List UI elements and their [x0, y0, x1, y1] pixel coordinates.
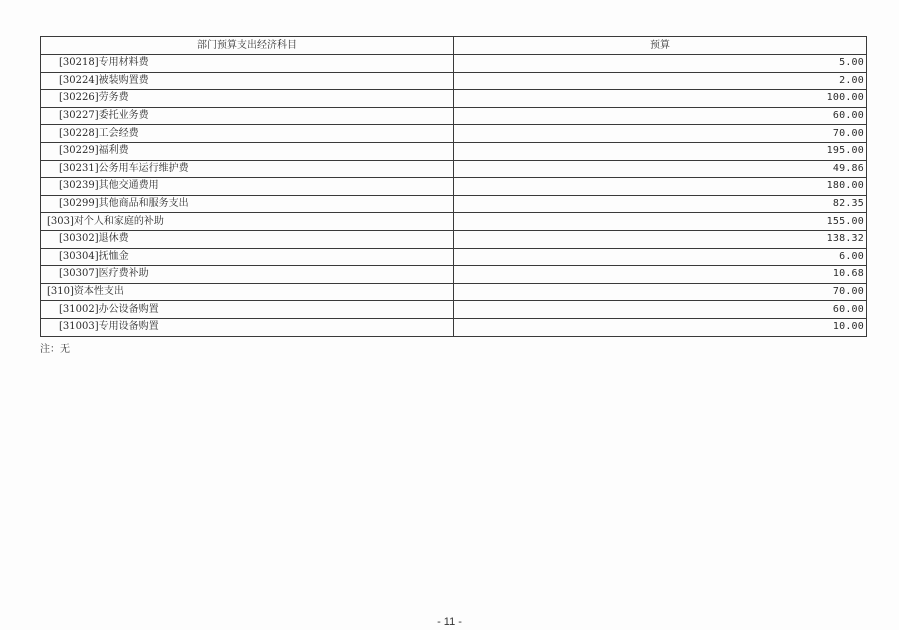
budget-cell: 100.00 — [454, 90, 867, 108]
subject-name: 专用设备购置 — [99, 321, 159, 332]
subject-name: 对个人和家庭的补助 — [74, 216, 164, 227]
header-budget: 预算 — [454, 37, 867, 55]
subject-cell: [31003]专用设备购置 — [41, 318, 454, 336]
budget-cell: 70.00 — [454, 283, 867, 301]
subject-name: 劳务费 — [99, 92, 129, 103]
table-row: [310]资本性支出70.00 — [41, 283, 867, 301]
subject-code: [30226] — [59, 92, 99, 103]
subject-code: [310] — [47, 286, 74, 297]
table-row: [303]对个人和家庭的补助155.00 — [41, 213, 867, 231]
budget-cell: 6.00 — [454, 248, 867, 266]
header-subject: 部门预算支出经济科目 — [41, 37, 454, 55]
subject-cell: [30239]其他交通费用 — [41, 178, 454, 196]
subject-cell: [310]资本性支出 — [41, 283, 454, 301]
subject-code: [30224] — [59, 75, 99, 86]
subject-cell: [303]对个人和家庭的补助 — [41, 213, 454, 231]
subject-code: [30218] — [59, 57, 99, 68]
budget-cell: 70.00 — [454, 125, 867, 143]
budget-cell: 60.00 — [454, 107, 867, 125]
budget-cell: 155.00 — [454, 213, 867, 231]
budget-cell: 60.00 — [454, 301, 867, 319]
subject-name: 其他商品和服务支出 — [99, 198, 189, 209]
subject-code: [30229] — [59, 145, 99, 156]
table-row: [30231]公务用车运行维护费49.86 — [41, 160, 867, 178]
budget-cell: 2.00 — [454, 72, 867, 90]
subject-cell: [30307]医疗费补助 — [41, 266, 454, 284]
subject-cell: [30224]被装购置费 — [41, 72, 454, 90]
table-row: [30218]专用材料费5.00 — [41, 55, 867, 73]
budget-cell: 138.32 — [454, 230, 867, 248]
budget-cell: 10.00 — [454, 318, 867, 336]
budget-expenditure-table: 部门预算支出经济科目 预算 [30218]专用材料费5.00[30224]被装购… — [40, 36, 867, 337]
table-row: [30239]其他交通费用180.00 — [41, 178, 867, 196]
table-row: [30226]劳务费100.00 — [41, 90, 867, 108]
subject-name: 福利费 — [99, 145, 129, 156]
subject-cell: [30229]福利费 — [41, 142, 454, 160]
subject-name: 其他交通费用 — [99, 180, 159, 191]
subject-name: 委托业务费 — [99, 110, 149, 121]
subject-name: 公务用车运行维护费 — [99, 163, 189, 174]
table-row: [31003]专用设备购置10.00 — [41, 318, 867, 336]
subject-code: [30239] — [59, 180, 99, 191]
subject-code: [303] — [47, 216, 74, 227]
table-row: [30307]医疗费补助10.68 — [41, 266, 867, 284]
table-row: [30228]工会经费70.00 — [41, 125, 867, 143]
document-page: 部门预算支出经济科目 预算 [30218]专用材料费5.00[30224]被装购… — [0, 0, 899, 630]
table-row: [30227]委托业务费60.00 — [41, 107, 867, 125]
table-row: [30229]福利费195.00 — [41, 142, 867, 160]
subject-cell: [31002]办公设备购置 — [41, 301, 454, 319]
subject-cell: [30231]公务用车运行维护费 — [41, 160, 454, 178]
subject-cell: [30299]其他商品和服务支出 — [41, 195, 454, 213]
subject-name: 专用材料费 — [99, 57, 149, 68]
subject-code: [30231] — [59, 163, 99, 174]
subject-code: [31002] — [59, 304, 99, 315]
subject-name: 办公设备购置 — [99, 304, 159, 315]
subject-code: [31003] — [59, 321, 99, 332]
table-row: [31002]办公设备购置60.00 — [41, 301, 867, 319]
table-body: [30218]专用材料费5.00[30224]被装购置费2.00[30226]劳… — [41, 55, 867, 337]
budget-cell: 82.35 — [454, 195, 867, 213]
subject-cell: [30302]退休费 — [41, 230, 454, 248]
subject-name: 医疗费补助 — [99, 268, 149, 279]
table-row: [30299]其他商品和服务支出82.35 — [41, 195, 867, 213]
budget-cell: 10.68 — [454, 266, 867, 284]
budget-cell: 195.00 — [454, 142, 867, 160]
table-row: [30224]被装购置费2.00 — [41, 72, 867, 90]
table-row: [30304]抚恤金6.00 — [41, 248, 867, 266]
subject-code: [30227] — [59, 110, 99, 121]
subject-cell: [30227]委托业务费 — [41, 107, 454, 125]
budget-cell: 49.86 — [454, 160, 867, 178]
subject-code: [30302] — [59, 233, 99, 244]
subject-code: [30299] — [59, 198, 99, 209]
subject-name: 资本性支出 — [74, 286, 124, 297]
subject-name: 工会经费 — [99, 128, 139, 139]
subject-code: [30304] — [59, 251, 99, 262]
subject-name: 抚恤金 — [99, 251, 129, 262]
subject-cell: [30304]抚恤金 — [41, 248, 454, 266]
table-header-row: 部门预算支出经济科目 预算 — [41, 37, 867, 55]
subject-cell: [30226]劳务费 — [41, 90, 454, 108]
budget-cell: 5.00 — [454, 55, 867, 73]
subject-cell: [30218]专用材料费 — [41, 55, 454, 73]
subject-name: 被装购置费 — [99, 75, 149, 86]
budget-cell: 180.00 — [454, 178, 867, 196]
subject-code: [30307] — [59, 268, 99, 279]
page-number: - 11 - — [0, 616, 899, 628]
subject-name: 退休费 — [99, 233, 129, 244]
subject-cell: [30228]工会经费 — [41, 125, 454, 143]
subject-code: [30228] — [59, 128, 99, 139]
table-note: 注：无 — [40, 340, 70, 355]
table-row: [30302]退休费138.32 — [41, 230, 867, 248]
